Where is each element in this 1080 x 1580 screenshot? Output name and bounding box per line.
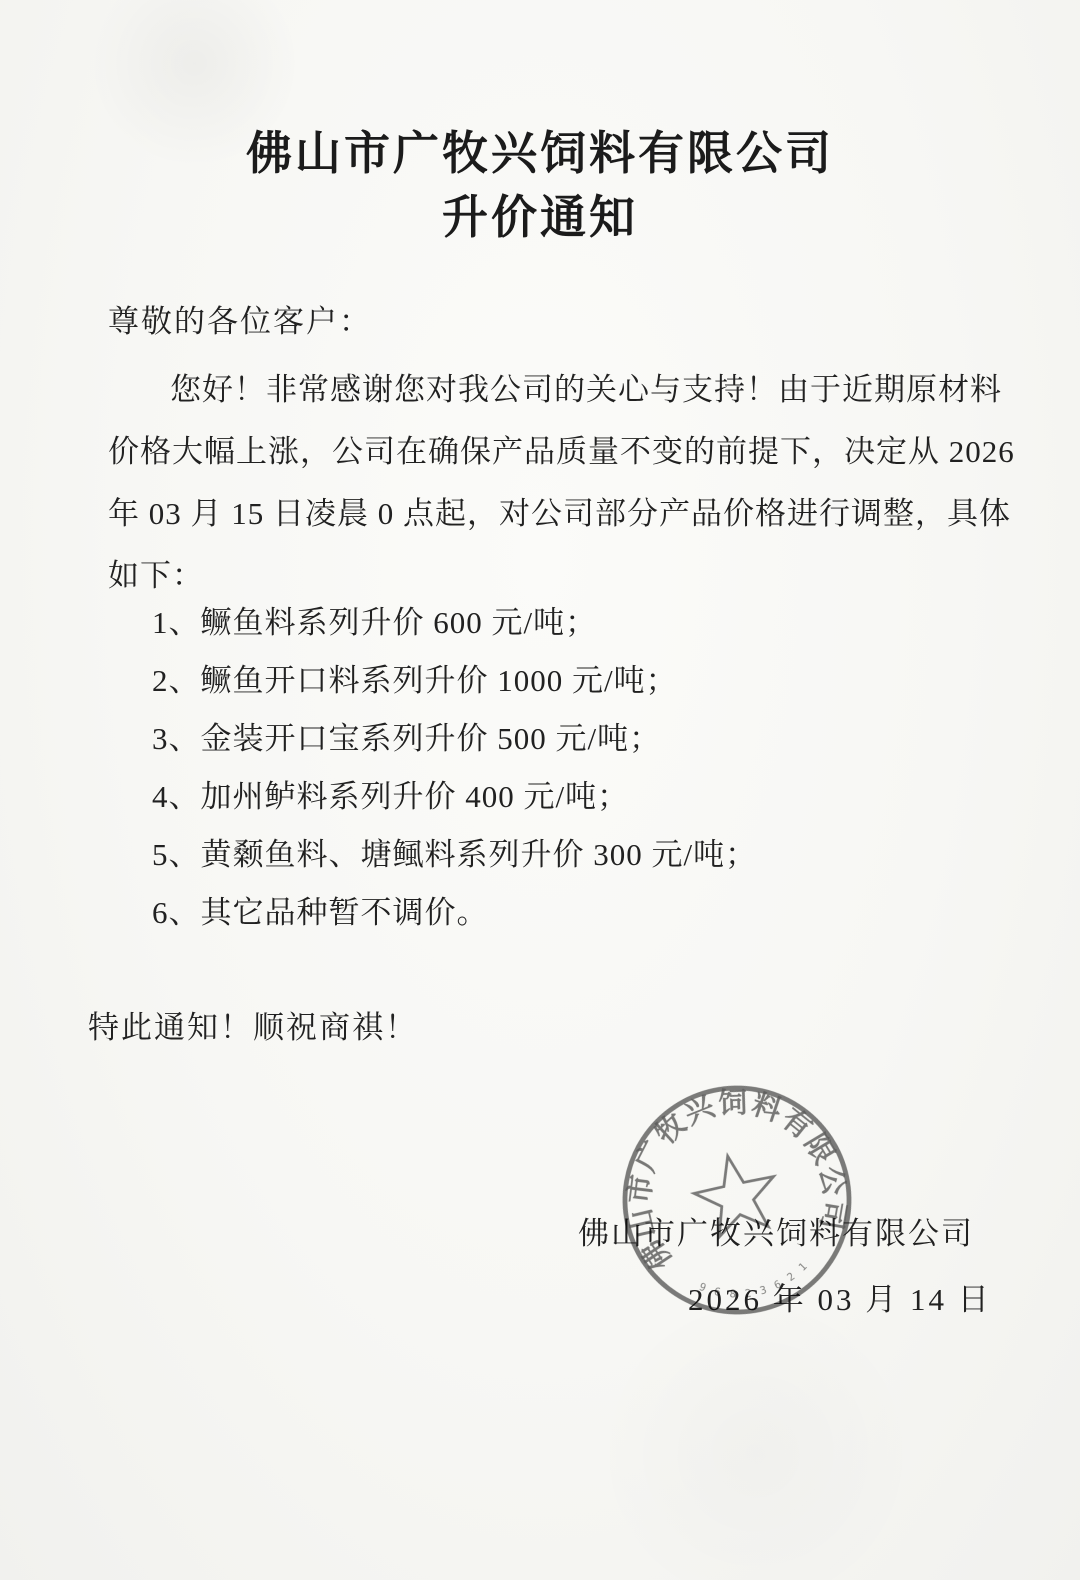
body-line: 您好！非常感谢您对我公司的关心与支持！由于近期原材料 xyxy=(108,362,950,424)
company-stamp: 佛山市广牧兴饲料有限公司 9 6 8 2 3 6 2 1 xyxy=(585,1048,889,1352)
list-item: 3、金装开口宝系列升价 500 元/吨； xyxy=(152,714,952,772)
list-item: 1、鳜鱼料系列升价 600 元/吨； xyxy=(152,598,952,656)
stamp-star-icon xyxy=(688,1148,783,1240)
document-title: 佛山市广牧兴饲料有限公司 升价通知 xyxy=(0,122,1080,250)
price-adjustment-list: 1、鳜鱼料系列升价 600 元/吨； 2、鳜鱼开口料系列升价 1000 元/吨；… xyxy=(152,598,952,946)
stamp-serial: 9 6 8 2 3 6 2 1 xyxy=(695,1257,815,1310)
signature-block: 佛山市广牧兴饲料有限公司 2026 年 03 月 14 日 佛山市广牧兴饲料有限… xyxy=(0,1200,1080,1380)
stamp-arc-text: 佛山市广牧兴饲料有限公司 xyxy=(603,1066,859,1278)
body-line: 价格大幅上涨，公司在确保产品质量不变的前提下，决定从 2026 xyxy=(108,424,950,486)
list-item: 4、加州鲈料系列升价 400 元/吨； xyxy=(152,772,952,830)
list-item: 6、其它品种暂不调价。 xyxy=(152,888,952,946)
salutation: 尊敬的各位客户： xyxy=(108,296,372,341)
body-line: 年 03 月 15 日凌晨 0 点起，对公司部分产品价格进行调整，具体 xyxy=(108,486,950,548)
title-subject-line: 升价通知 xyxy=(0,186,1080,250)
scanned-notice-page: 佛山市广牧兴饲料有限公司 升价通知 尊敬的各位客户： 您好！非常感谢您对我公司的… xyxy=(0,0,1080,1580)
svg-text:佛山市广牧兴饲料有限公司: 佛山市广牧兴饲料有限公司 xyxy=(603,1066,859,1278)
title-company-line: 佛山市广牧兴饲料有限公司 xyxy=(0,122,1080,186)
svg-text:9 6 8 2 3 6 2 1: 9 6 8 2 3 6 2 1 xyxy=(695,1257,815,1310)
list-item: 2、鳜鱼开口料系列升价 1000 元/吨； xyxy=(152,656,952,714)
body-paragraph: 您好！非常感谢您对我公司的关心与支持！由于近期原材料 价格大幅上涨，公司在确保产… xyxy=(108,362,950,610)
closing-note: 特此通知！顺祝商祺！ xyxy=(88,1002,418,1047)
list-item: 5、黄颡鱼料、塘鲺料系列升价 300 元/吨； xyxy=(152,830,952,888)
